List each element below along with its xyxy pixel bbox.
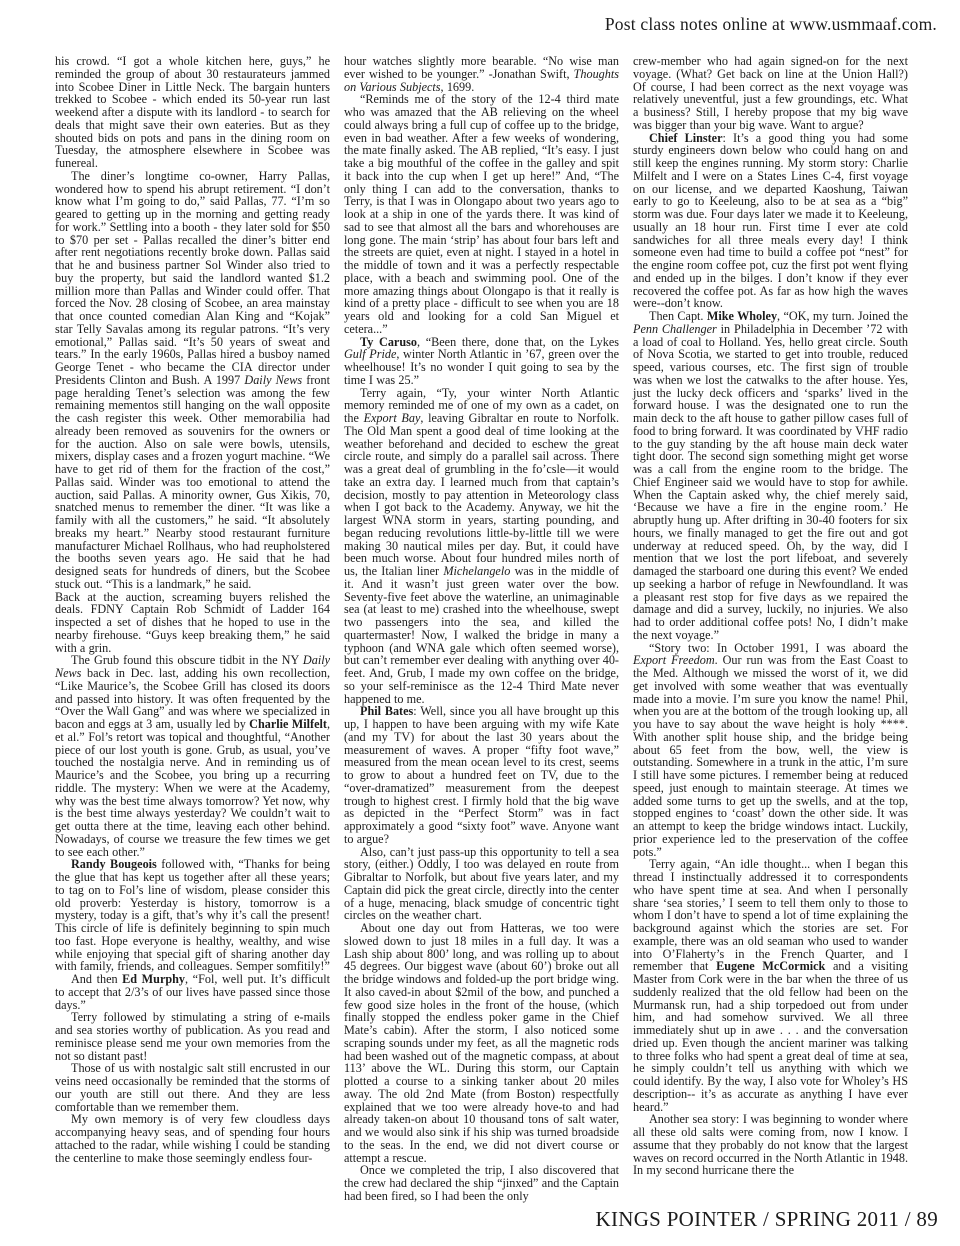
- text-segment: Also, can’t just pass-up this opportunit…: [344, 845, 619, 923]
- paragraph: Terry followed by stimulating a string o…: [55, 1011, 330, 1062]
- text-segment: , et al.” Fol’s retort was topical and t…: [55, 717, 330, 859]
- paragraph: Phil Bates: Well, since you all have bro…: [344, 705, 619, 845]
- paragraph: My own memory is of very few cloudless d…: [55, 1113, 330, 1164]
- paragraph: his crowd. “I got a whole kitchen here, …: [55, 55, 330, 170]
- paragraph: Also, can’t just pass-up this opportunit…: [344, 846, 619, 923]
- paragraph: Chief Linster: It’s a good thing you had…: [633, 132, 908, 311]
- text-segment: “Reminds me of the story of the 12-4 thi…: [344, 92, 619, 336]
- paragraph: crew-member who had again signed-on for …: [633, 55, 908, 132]
- paragraph: The Grub found this obscure tidbit in th…: [55, 654, 330, 858]
- paragraph: Another sea story: I was beginning to wo…: [633, 1113, 908, 1177]
- text-column-2: hour watches slightly more bearable. “No…: [344, 55, 619, 1203]
- text-segment: followed with, “Thanks for being the glu…: [55, 857, 330, 973]
- paragraph: Back at the auction, screaming buyers re…: [55, 591, 330, 655]
- page-footer: KINGS POINTER / SPRING 2011 / 89: [595, 1207, 938, 1232]
- text-segment: . Our run was from the East Coast to the…: [633, 653, 908, 858]
- text-segment: front page heralding Tenet’s selection w…: [55, 373, 330, 591]
- text-column-3: crew-member who had again signed-on for …: [633, 55, 908, 1177]
- text-segment: , leaving Gibraltar en route to Norfolk.…: [344, 411, 619, 578]
- text-segment: and a visiting Master from Cork were in …: [633, 959, 908, 1113]
- text-segment: : Well, since you all have brought up th…: [344, 704, 619, 846]
- text-segment: Back at the auction, screaming buyers re…: [55, 590, 330, 655]
- paragraph: And then Ed Murphy, “Fol, well put. It’s…: [55, 973, 330, 1011]
- text-segment: in Philadelphia in December ’72 with a l…: [633, 322, 908, 642]
- text-segment: was in the middle of it. And it wasn’t j…: [344, 564, 619, 706]
- paragraph: hour watches slightly more bearable. “No…: [344, 55, 619, 93]
- paragraph: The diner’s longtime co-owner, Harry Pal…: [55, 170, 330, 591]
- paragraph: Once we completed the trip, I also disco…: [344, 1164, 619, 1202]
- text-segment: Terry followed by stimulating a string o…: [55, 1010, 330, 1062]
- text-segment: crew-member who had again signed-on for …: [633, 54, 908, 132]
- text-segment: My own memory is of very few cloudless d…: [55, 1112, 330, 1164]
- paragraph: About one day out from Hatteras, we too …: [344, 922, 619, 1164]
- text-segment: Another sea story: I was beginning to wo…: [633, 1112, 908, 1177]
- text-segment: Those of us with nostalgic salt still en…: [55, 1061, 330, 1113]
- text-segment: Once we completed the trip, I also disco…: [344, 1163, 619, 1203]
- paragraph: Then Capt. Mike Wholey, “OK, my turn. Jo…: [633, 310, 908, 642]
- text-segment: : It’s a good thing you had some sturdy …: [633, 131, 908, 311]
- paragraph: “Story two: In October 1991, I was aboar…: [633, 642, 908, 859]
- article-columns: his crowd. “I got a whole kitchen here, …: [55, 55, 908, 1203]
- text-segment: The diner’s longtime co-owner, Harry Pal…: [55, 169, 330, 387]
- paragraph: Those of us with nostalgic salt still en…: [55, 1062, 330, 1113]
- text-segment: his crowd. “I got a whole kitchen here, …: [55, 54, 330, 170]
- text-column-1: his crowd. “I got a whole kitchen here, …: [55, 55, 330, 1164]
- paragraph: Ty Caruso, “Been there, done that, on th…: [344, 336, 619, 387]
- text-segment: About one day out from Hatteras, we too …: [344, 921, 619, 1165]
- page-header-note: Post class notes online at www.usmmaaf.c…: [605, 14, 937, 35]
- paragraph: “Reminds me of the story of the 12-4 thi…: [344, 93, 619, 335]
- paragraph: Randy Bougeois followed with, “Thanks fo…: [55, 858, 330, 973]
- paragraph: Terry again, “An idle thought... when I …: [633, 858, 908, 1113]
- paragraph: Terry again, “Ty, your winter North Atla…: [344, 387, 619, 706]
- text-segment: Terry again, “An idle thought... when I …: [633, 857, 908, 973]
